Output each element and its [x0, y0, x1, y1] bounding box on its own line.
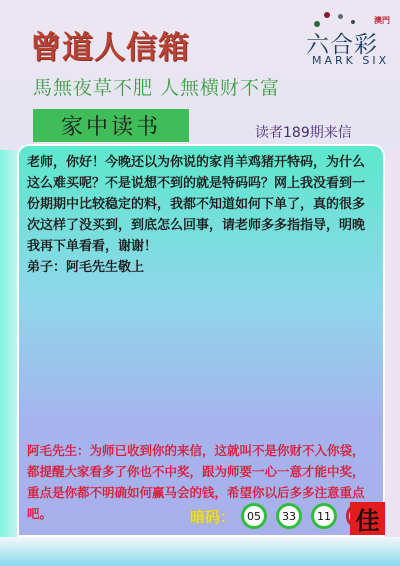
logo-region: 澳門: [374, 15, 390, 26]
logo-sub-text: MARK SIX: [312, 54, 389, 67]
page-title: 曾道人信箱: [30, 22, 190, 67]
letter-signature: 弟子：阿毛先生敬上: [27, 257, 372, 278]
number-ball: 33: [276, 503, 302, 529]
bottom-decoration: [0, 537, 400, 566]
number-ball: 05: [241, 503, 267, 529]
section-tag: 家中读书: [33, 109, 189, 142]
logo-dot-icon: [324, 12, 330, 18]
reply-line: 都提醒大家看多了你也不中奖，跟为师要一心一意才能中奖，: [27, 461, 377, 482]
mark-six-logo: 澳門 六合彩 MARK SIX: [294, 6, 396, 66]
letter-line: 我再下单看看，谢谢！: [27, 236, 372, 257]
letter-line: 份期期中比较稳定的料，我都不知道如何下单了，真的很多: [27, 194, 372, 215]
letter-line: 次这样了没买到，到底怎么回事，请老师多多指指导，明晚: [27, 215, 372, 236]
letter-line: 老师，你好！今晚还以为你说的家肖羊鸡猪开特码，为什么: [27, 152, 372, 173]
issue-label: 读者189期来信: [255, 122, 352, 142]
logo-dot-icon: [351, 20, 355, 24]
reader-letter: 老师，你好！今晚还以为你说的家肖羊鸡猪开特码，为什么 这么难买呢？不是说想不到的…: [27, 152, 372, 278]
reply-line: 阿毛先生：为师已收到你的来信，这就叫不是你财不入你袋，: [27, 440, 377, 461]
secret-code-label: 暗码：: [190, 506, 235, 527]
stamp-badge: 佳: [350, 502, 385, 535]
reply-line: 重点是你都不明确如何赢马会的钱，希望你以后多多注意重点: [27, 482, 377, 503]
letter-line: 这么难买呢？不是说想不到的就是特码吗？网上我没看到一: [27, 173, 372, 194]
slogan: 馬無夜草不肥 人無横财不富: [33, 73, 280, 100]
logo-dot-icon: [338, 14, 343, 19]
number-ball: 11: [311, 503, 337, 529]
